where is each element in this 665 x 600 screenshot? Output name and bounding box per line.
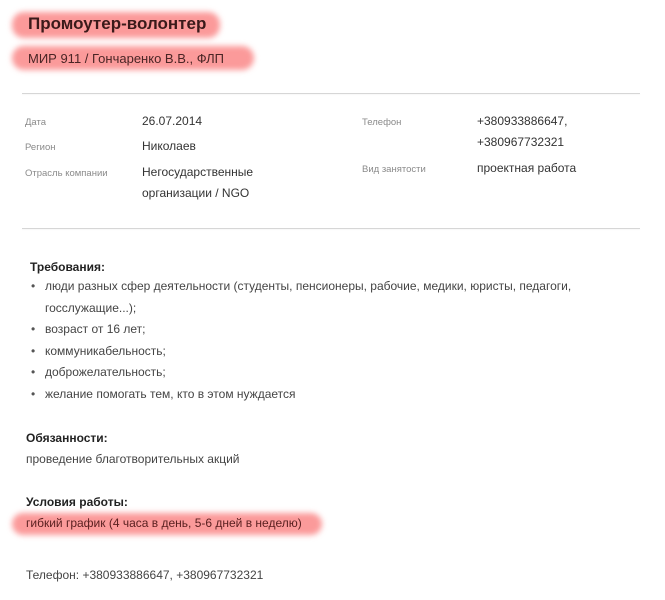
employment-type-label: Вид занятости (362, 164, 426, 175)
middle-divider (22, 228, 640, 229)
requirement-item: коммуникабельность; (45, 341, 645, 363)
phone-value-line1: +380933886647, (477, 111, 567, 132)
requirement-item: люди разных сфер деятельности (студенты,… (45, 276, 645, 319)
requirement-line: возраст от 16 лет; (45, 319, 645, 341)
phone-label: Телефон (362, 117, 401, 128)
industry-value-line1: Негосударственные (142, 162, 253, 183)
date-value: 26.07.2014 (142, 111, 202, 132)
requirement-item: желание помогать тем, кто в этом нуждает… (45, 384, 645, 406)
region-value: Николаев (142, 136, 196, 157)
top-divider (22, 93, 640, 94)
requirements-list: люди разных сфер деятельности (студенты,… (30, 276, 645, 405)
requirement-line: люди разных сфер деятельности (студенты,… (45, 276, 645, 298)
requirements-heading: Требования: (30, 260, 105, 274)
region-label: Регион (25, 142, 56, 153)
employment-type-value: проектная работа (477, 158, 576, 179)
requirement-line: коммуникабельность; (45, 341, 645, 363)
company-name[interactable]: МИР 911 / Гончаренко В.В., ФЛП (28, 51, 224, 66)
requirement-line: желание помогать тем, кто в этом нуждает… (45, 384, 645, 406)
requirement-line: доброжелательность; (45, 362, 645, 384)
industry-value-line2: организации / NGO (142, 183, 249, 204)
phone-value-line2: +380967732321 (477, 132, 564, 153)
job-title: Промоутер-волонтер (28, 14, 206, 34)
requirement-line: госслужащие...); (45, 298, 645, 320)
date-label: Дата (25, 117, 46, 128)
requirement-item: возраст от 16 лет; (45, 319, 645, 341)
conditions-text: гибкий график (4 часа в день, 5-6 дней в… (26, 516, 302, 530)
duties-text: проведение благотворительных акций (26, 452, 240, 466)
requirement-item: доброжелательность; (45, 362, 645, 384)
industry-label: Отрасль компании (25, 168, 108, 179)
contact-phone: Телефон: +380933886647, +380967732321 (26, 568, 263, 582)
duties-heading: Обязанности: (26, 431, 108, 445)
conditions-heading: Условия работы: (26, 495, 128, 509)
